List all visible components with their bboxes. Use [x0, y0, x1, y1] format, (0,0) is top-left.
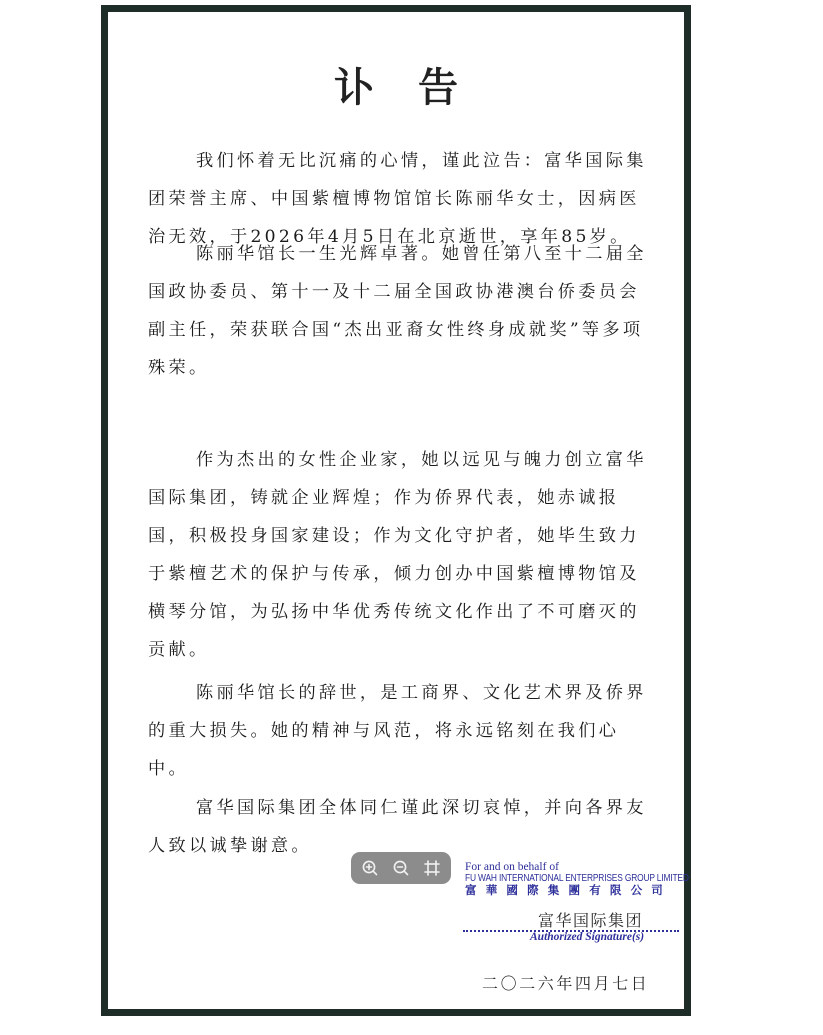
signature-label: Authorized Signature(s) [530, 931, 644, 943]
stamp-line-company-zh: 富華國際集團有限公司 [465, 884, 731, 897]
paragraph-3: 作为杰出的女性企业家，她以远见与魄力创立富华国际集团，铸就企业辉煌；作为侨界代表… [148, 441, 660, 669]
signature-name: 富华国际集团 [538, 908, 643, 931]
document-title: 讣告 [108, 56, 684, 113]
fit-screen-icon [423, 859, 441, 877]
zoom-out-button[interactable] [389, 856, 413, 880]
stamp-line-behalf: For and on behalf of [465, 861, 731, 873]
zoom-out-icon [392, 859, 410, 877]
document-date: 二〇二六年四月七日 [482, 971, 649, 994]
company-stamp: For and on behalf of FU WAH INTERNATIONA… [465, 861, 731, 897]
paragraph-2: 陈丽华馆长一生光辉卓著。她曾任第八至十二届全国政协委员、第十一及十二届全国政协港… [148, 235, 660, 387]
zoom-in-button[interactable] [358, 856, 382, 880]
zoom-in-icon [361, 859, 379, 877]
paragraph-4: 陈丽华馆长的辞世，是工商界、文化艺术界及侨界的重大损失。她的精神与风范，将永远铭… [148, 674, 660, 788]
viewer-zoom-toolbar [351, 852, 451, 884]
stamp-line-company-en: FU WAH INTERNATIONAL ENTERPRISES GROUP L… [465, 873, 689, 884]
fit-screen-button[interactable] [420, 856, 444, 880]
